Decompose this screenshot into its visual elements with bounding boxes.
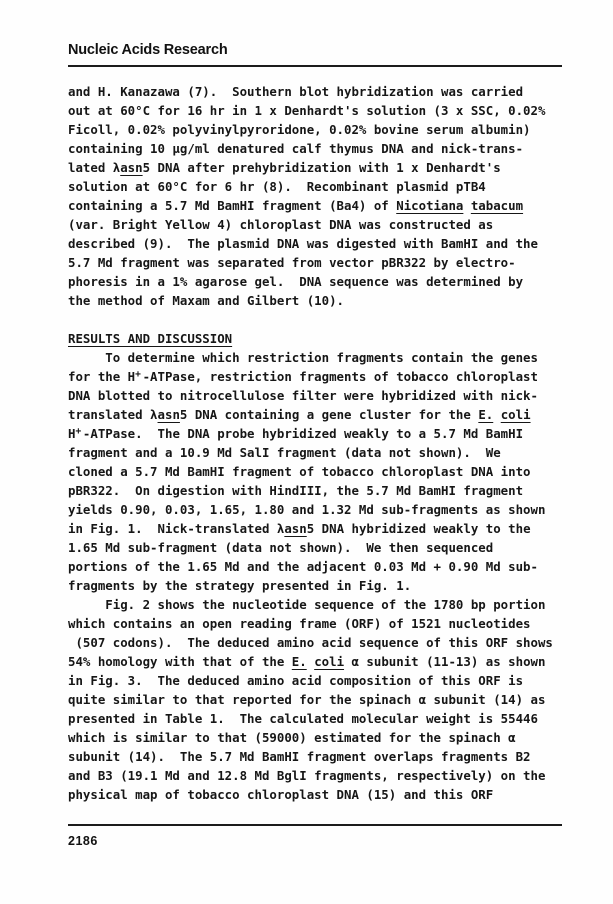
plain-text: (507 codons). The deduced amino acid seq… — [68, 635, 553, 650]
plain-text: lated λ — [68, 160, 120, 175]
text-line: DNA blotted to nitrocellulose filter wer… — [68, 386, 568, 405]
plain-text: 5 DNA hybridized weakly to the — [307, 521, 531, 536]
plain-text: in Fig. 3. The deduced amino acid compos… — [68, 673, 523, 688]
plain-text: physical map of tobacco chloroplast DNA … — [68, 787, 493, 802]
plain-text: 5 DNA after prehybridization with 1 x De… — [143, 160, 501, 175]
plain-text: phoresis in a 1% agarose gel. DNA sequen… — [68, 274, 523, 289]
footer-rule — [68, 824, 562, 826]
text-line: RESULTS AND DISCUSSION — [68, 329, 568, 348]
text-line: cloned a 5.7 Md BamHI fragment of tobacc… — [68, 462, 568, 481]
text-line: in Fig. 3. The deduced amino acid compos… — [68, 671, 568, 690]
text-line: subunit (14). The 5.7 Md BamHI fragment … — [68, 747, 568, 766]
plain-text: solution at 60°C for 6 hr (8). Recombina… — [68, 179, 486, 194]
plain-text: the method of Maxam and Gilbert (10). — [68, 293, 344, 308]
text-line: containing 10 µg/ml denatured calf thymu… — [68, 139, 568, 158]
text-line: H+-ATPase. The DNA probe hybridized weak… — [68, 424, 568, 443]
text-line: Fig. 2 shows the nucleotide sequence of … — [68, 595, 568, 614]
plain-text: 54% homology with that of the — [68, 654, 292, 669]
plain-text: portions of the 1.65 Md and the adjacent… — [68, 559, 538, 574]
text-line: which contains an open reading frame (OR… — [68, 614, 568, 633]
text-line: Ficoll, 0.02% polyvinylpyroridone, 0.02%… — [68, 120, 568, 139]
text-line: and B3 (19.1 Md and 12.8 Md BglI fragmen… — [68, 766, 568, 785]
text-line: fragments by the strategy presented in F… — [68, 576, 568, 595]
text-line: and H. Kanazawa (7). Southern blot hybri… — [68, 82, 568, 101]
plain-text: 1.65 Md sub-fragment (data not shown). W… — [68, 540, 493, 555]
plain-text: which contains an open reading frame (OR… — [68, 616, 531, 631]
underlined-text: tabacum — [471, 198, 523, 213]
underlined-text: E. — [292, 654, 307, 669]
plain-text: presented in Table 1. The calculated mol… — [68, 711, 538, 726]
plain-text: H — [68, 426, 75, 441]
text-line — [68, 310, 568, 329]
text-line: 1.65 Md sub-fragment (data not shown). W… — [68, 538, 568, 557]
superscript-text: + — [75, 427, 82, 437]
text-line: portions of the 1.65 Md and the adjacent… — [68, 557, 568, 576]
plain-text: To determine which restriction fragments… — [68, 350, 538, 365]
article-body-text: and H. Kanazawa (7). Southern blot hybri… — [68, 82, 568, 804]
plain-text: out at 60°C for 16 hr in 1 x Denhardt's … — [68, 103, 545, 118]
text-line: for the H+-ATPase, restriction fragments… — [68, 367, 568, 386]
plain-text: 5.7 Md fragment was separated from vecto… — [68, 255, 516, 270]
plain-text — [463, 198, 470, 213]
journal-header-title: Nucleic Acids Research — [68, 43, 227, 58]
plain-text: -ATPase. The DNA probe hybridized weakly… — [83, 426, 523, 441]
plain-text: containing a 5.7 Md BamHI fragment (Ba4)… — [68, 198, 396, 213]
plain-text: 5 DNA containing a gene cluster for the — [180, 407, 478, 422]
plain-text: and B3 (19.1 Md and 12.8 Md BglI fragmen… — [68, 768, 545, 783]
text-line: pBR322. On digestion with HindIII, the 5… — [68, 481, 568, 500]
journal-page: Nucleic Acids Research and H. Kanazawa (… — [0, 0, 613, 904]
text-line: containing a 5.7 Md BamHI fragment (Ba4)… — [68, 196, 568, 215]
underlined-text: asn — [158, 407, 180, 422]
underlined-text: coli — [501, 407, 531, 422]
text-line: physical map of tobacco chloroplast DNA … — [68, 785, 568, 804]
plain-text: and H. Kanazawa (7). Southern blot hybri… — [68, 84, 523, 99]
underlined-text: asn — [120, 160, 142, 175]
plain-text: fragment and a 10.9 Md SalI fragment (da… — [68, 445, 501, 460]
plain-text: subunit (14). The 5.7 Md BamHI fragment … — [68, 749, 531, 764]
header-rule — [68, 65, 562, 67]
text-line: out at 60°C for 16 hr in 1 x Denhardt's … — [68, 101, 568, 120]
plain-text: cloned a 5.7 Md BamHI fragment of tobacc… — [68, 464, 531, 479]
plain-text: for the H — [68, 369, 135, 384]
text-line: translated λasn5 DNA containing a gene c… — [68, 405, 568, 424]
text-line: solution at 60°C for 6 hr (8). Recombina… — [68, 177, 568, 196]
text-line: the method of Maxam and Gilbert (10). — [68, 291, 568, 310]
underlined-text: RESULTS AND DISCUSSION — [68, 331, 232, 346]
text-line: To determine which restriction fragments… — [68, 348, 568, 367]
plain-text: which is similar to that (59000) estimat… — [68, 730, 516, 745]
underlined-text: E. — [478, 407, 493, 422]
text-line: lated λasn5 DNA after prehybridization w… — [68, 158, 568, 177]
text-line: (507 codons). The deduced amino acid seq… — [68, 633, 568, 652]
text-line: described (9). The plasmid DNA was diges… — [68, 234, 568, 253]
page-number: 2186 — [68, 835, 98, 848]
plain-text: fragments by the strategy presented in F… — [68, 578, 411, 593]
text-line: fragment and a 10.9 Md SalI fragment (da… — [68, 443, 568, 462]
underlined-text: asn — [284, 521, 306, 536]
plain-text: DNA blotted to nitrocellulose filter wer… — [68, 388, 538, 403]
plain-text: in Fig. 1. Nick-translated λ — [68, 521, 284, 536]
text-line: 5.7 Md fragment was separated from vecto… — [68, 253, 568, 272]
underlined-text: Nicotiana — [396, 198, 463, 213]
underlined-text: coli — [314, 654, 344, 669]
text-line: which is similar to that (59000) estimat… — [68, 728, 568, 747]
plain-text: (var. Bright Yellow 4) chloroplast DNA w… — [68, 217, 493, 232]
plain-text: α subunit (11-13) as shown — [344, 654, 545, 669]
text-line: quite similar to that reported for the s… — [68, 690, 568, 709]
plain-text — [493, 407, 500, 422]
text-line: presented in Table 1. The calculated mol… — [68, 709, 568, 728]
superscript-text: + — [135, 370, 142, 380]
plain-text: described (9). The plasmid DNA was diges… — [68, 236, 538, 251]
plain-text: yields 0.90, 0.03, 1.65, 1.80 and 1.32 M… — [68, 502, 545, 517]
text-line: phoresis in a 1% agarose gel. DNA sequen… — [68, 272, 568, 291]
plain-text: Fig. 2 shows the nucleotide sequence of … — [68, 597, 545, 612]
text-line: (var. Bright Yellow 4) chloroplast DNA w… — [68, 215, 568, 234]
plain-text: -ATPase, restriction fragments of tobacc… — [143, 369, 538, 384]
plain-text: Ficoll, 0.02% polyvinylpyroridone, 0.02%… — [68, 122, 531, 137]
text-line: 54% homology with that of the E. coli α … — [68, 652, 568, 671]
text-line: yields 0.90, 0.03, 1.65, 1.80 and 1.32 M… — [68, 500, 568, 519]
plain-text: pBR322. On digestion with HindIII, the 5… — [68, 483, 523, 498]
plain-text: quite similar to that reported for the s… — [68, 692, 545, 707]
plain-text: translated λ — [68, 407, 158, 422]
plain-text: containing 10 µg/ml denatured calf thymu… — [68, 141, 523, 156]
text-line: in Fig. 1. Nick-translated λasn5 DNA hyb… — [68, 519, 568, 538]
